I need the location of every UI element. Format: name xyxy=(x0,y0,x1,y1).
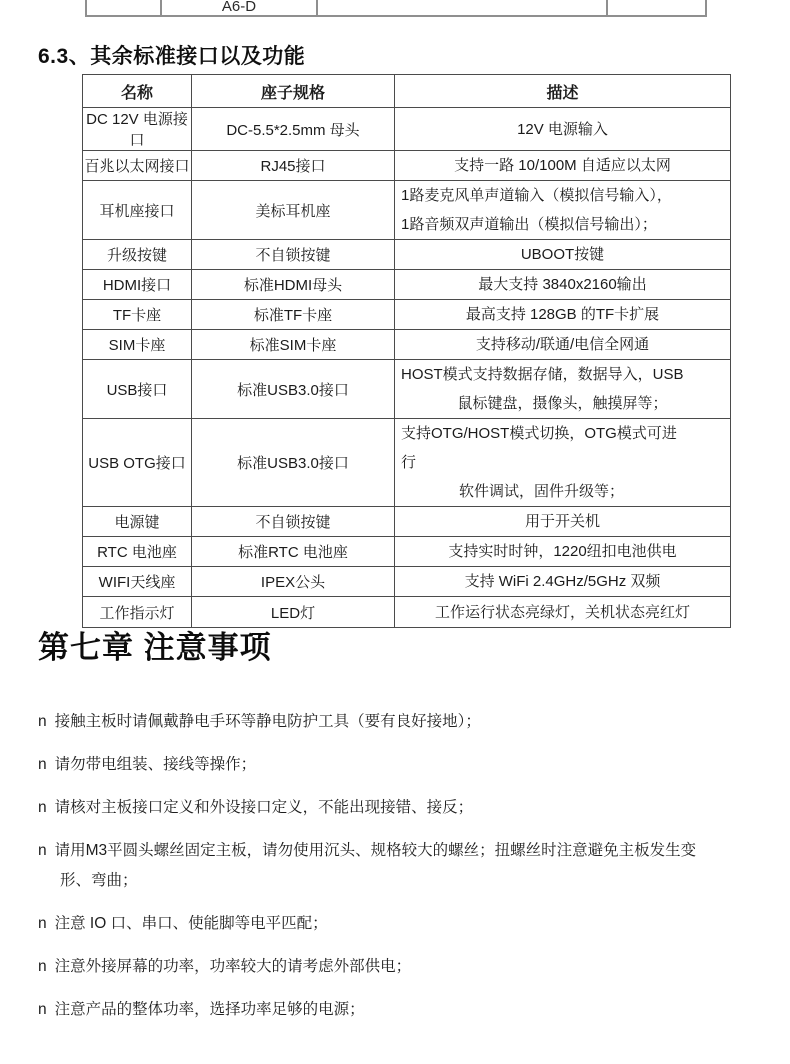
bullet-marker: n xyxy=(38,1001,47,1018)
interface-name-cell: 升级按键 xyxy=(83,240,192,270)
interface-name-cell: 电源键 xyxy=(83,507,192,537)
description-cell: 支持实时时钟，1220纽扣电池供电 xyxy=(395,537,731,567)
socket-spec-cell: 不自锁按键 xyxy=(192,507,395,537)
socket-spec-cell: DC-5.5*2.5mm 母头 xyxy=(192,108,395,151)
bullet-marker: n xyxy=(38,915,47,932)
socket-spec-cell: 标准USB3.0接口 xyxy=(192,419,395,507)
socket-spec-cell: 标准RTC 电池座 xyxy=(192,537,395,567)
fragment-table-cell xyxy=(318,0,608,15)
description-cell: 最大支持 3840x2160输出 xyxy=(395,270,731,300)
chapter-title: 第七章 注意事项 xyxy=(38,622,272,667)
description-line: 支持移动/联通/电信全网通 xyxy=(395,330,730,359)
socket-spec-cell: 标准HDMI母头 xyxy=(192,270,395,300)
description-line: 1路麦克风单声道输入（模拟信号输入）， xyxy=(395,181,730,210)
table-row: SIM卡座标准SIM卡座支持移动/联通/电信全网通 xyxy=(83,330,731,360)
fragment-table-cell xyxy=(608,0,707,15)
document-page: A6-D 6.3、其余标准接口以及功能 名称座子规格描述 DC 12V 电源接口… xyxy=(0,0,790,1064)
note-item: n请核对主板接口定义和外设接口定义，不能出现接错、接反； xyxy=(38,798,778,818)
description-line: 工作运行状态亮绿灯，关机状态亮红灯 xyxy=(395,598,730,627)
interface-name-cell: USB OTG接口 xyxy=(83,419,192,507)
table-row: DC 12V 电源接口DC-5.5*2.5mm 母头12V 电源输入 xyxy=(83,108,731,151)
table-row: 百兆以太网接口RJ45接口支持一路 10/100M 自适应以太网 xyxy=(83,151,731,181)
note-item: n接触主板时请佩戴静电手环等静电防护工具（要有良好接地）； xyxy=(38,712,778,732)
column-header: 座子规格 xyxy=(192,75,395,108)
description-line: 12V 电源输入 xyxy=(395,115,730,144)
socket-spec-cell: 标准TF卡座 xyxy=(192,300,395,330)
fragment-table-cell: A6-D xyxy=(162,0,318,15)
column-header: 描述 xyxy=(395,75,731,108)
socket-spec-cell: RJ45接口 xyxy=(192,151,395,181)
note-text: 注意外接屏幕的功率，功率较大的请考虑外部供电； xyxy=(55,958,412,975)
note-line: n请用M3平圆头螺丝固定主板，请勿使用沉头、规格较大的螺丝；扭螺丝时注意避免主板… xyxy=(38,841,778,861)
note-line: n接触主板时请佩戴静电手环等静电防护工具（要有良好接地）； xyxy=(38,712,778,732)
socket-spec-cell: 不自锁按键 xyxy=(192,240,395,270)
interface-name-cell: TF卡座 xyxy=(83,300,192,330)
bullet-marker: n xyxy=(38,713,47,730)
description-cell: 支持 WiFi 2.4GHz/5GHz 双频 xyxy=(395,567,731,597)
description-cell: 支持移动/联通/电信全网通 xyxy=(395,330,731,360)
description-line: 支持实时时钟，1220纽扣电池供电 xyxy=(395,537,730,566)
description-cell: 工作运行状态亮绿灯，关机状态亮红灯 xyxy=(395,597,731,628)
bullet-marker: n xyxy=(38,756,47,773)
description-cell: 12V 电源输入 xyxy=(395,108,731,151)
bullet-marker: n xyxy=(38,842,47,859)
bullet-marker: n xyxy=(38,958,47,975)
previous-table-fragment-row: A6-D xyxy=(85,0,707,17)
table-row: 电源键不自锁按键用于开关机 xyxy=(83,507,731,537)
precaution-notes-list: n接触主板时请佩戴静电手环等静电防护工具（要有良好接地）；n请勿带电组装、接线等… xyxy=(38,712,778,1043)
note-item: n注意外接屏幕的功率，功率较大的请考虑外部供电； xyxy=(38,957,778,977)
socket-spec-cell: 美标耳机座 xyxy=(192,181,395,240)
interface-name-cell: RTC 电池座 xyxy=(83,537,192,567)
note-text: 接触主板时请佩戴静电手环等静电防护工具（要有良好接地）； xyxy=(55,713,481,730)
table-row: WIFI天线座IPEX公头支持 WiFi 2.4GHz/5GHz 双频 xyxy=(83,567,731,597)
table-row: RTC 电池座标准RTC 电池座支持实时时钟，1220纽扣电池供电 xyxy=(83,537,731,567)
description-line: 行 xyxy=(395,448,730,477)
table-row: 耳机座接口美标耳机座1路麦克风单声道输入（模拟信号输入），1路音频双声道输出（模… xyxy=(83,181,731,240)
bullet-marker: n xyxy=(38,799,47,816)
description-cell: HOST模式支持数据存储，数据导入，USB鼠标键盘，摄像头，触摸屏等； xyxy=(395,360,731,419)
description-line: 用于开关机 xyxy=(395,507,730,536)
description-cell: 支持OTG/HOST模式切换，OTG模式可进行软件调试，固件升级等； xyxy=(395,419,731,507)
table-row: USB OTG接口标准USB3.0接口支持OTG/HOST模式切换，OTG模式可… xyxy=(83,419,731,507)
description-cell: 支持一路 10/100M 自适应以太网 xyxy=(395,151,731,181)
note-line: n注意产品的整体功率，选择功率足够的电源； xyxy=(38,1000,778,1020)
socket-spec-cell: IPEX公头 xyxy=(192,567,395,597)
standard-interfaces-table: 名称座子规格描述 DC 12V 电源接口DC-5.5*2.5mm 母头12V 电… xyxy=(82,74,731,628)
note-text: 注意 IO 口、串口、使能脚等电平匹配； xyxy=(55,915,328,932)
note-line: n注意外接屏幕的功率，功率较大的请考虑外部供电； xyxy=(38,957,778,977)
socket-spec-cell: 标准SIM卡座 xyxy=(192,330,395,360)
note-item: n请用M3平圆头螺丝固定主板，请勿使用沉头、规格较大的螺丝；扭螺丝时注意避免主板… xyxy=(38,841,778,891)
column-header: 名称 xyxy=(83,75,192,108)
interface-name-cell: HDMI接口 xyxy=(83,270,192,300)
note-line: n请勿带电组装、接线等操作； xyxy=(38,755,778,775)
description-line: 鼠标键盘，摄像头，触摸屏等； xyxy=(395,389,730,418)
description-line: 支持OTG/HOST模式切换，OTG模式可进 xyxy=(395,419,730,448)
interface-name-cell: SIM卡座 xyxy=(83,330,192,360)
fragment-cell-label: A6-D xyxy=(222,0,256,15)
note-item: n注意 IO 口、串口、使能脚等电平匹配； xyxy=(38,914,778,934)
table-row: TF卡座标准TF卡座最高支持 128GB 的TF卡扩展 xyxy=(83,300,731,330)
interface-name-cell: 百兆以太网接口 xyxy=(83,151,192,181)
note-line: n请核对主板接口定义和外设接口定义，不能出现接错、接反； xyxy=(38,798,778,818)
note-line: 形、弯曲； xyxy=(60,871,778,891)
note-line: n注意 IO 口、串口、使能脚等电平匹配； xyxy=(38,914,778,934)
section-title: 6.3、其余标准接口以及功能 xyxy=(38,40,305,70)
socket-spec-cell: 标准USB3.0接口 xyxy=(192,360,395,419)
note-item: n注意产品的整体功率，选择功率足够的电源； xyxy=(38,1000,778,1020)
note-item: n请勿带电组装、接线等操作； xyxy=(38,755,778,775)
interface-name-cell: USB接口 xyxy=(83,360,192,419)
description-line: HOST模式支持数据存储，数据导入，USB xyxy=(395,360,730,389)
description-cell: 1路麦克风单声道输入（模拟信号输入），1路音频双声道输出（模拟信号输出）； xyxy=(395,181,731,240)
note-text: 请勿带电组装、接线等操作； xyxy=(55,756,257,773)
table-header-row: 名称座子规格描述 xyxy=(83,75,731,108)
description-line: 最高支持 128GB 的TF卡扩展 xyxy=(395,300,730,329)
note-text: 请用M3平圆头螺丝固定主板，请勿使用沉头、规格较大的螺丝；扭螺丝时注意避免主板发… xyxy=(55,842,697,859)
description-line: 1路音频双声道输出（模拟信号输出）； xyxy=(395,210,730,239)
description-line: 最大支持 3840x2160输出 xyxy=(395,270,730,299)
description-cell: UBOOT按键 xyxy=(395,240,731,270)
interface-name-cell: 耳机座接口 xyxy=(83,181,192,240)
interface-name-cell: WIFI天线座 xyxy=(83,567,192,597)
note-text: 请核对主板接口定义和外设接口定义，不能出现接错、接反； xyxy=(55,799,474,816)
table-row: USB接口标准USB3.0接口HOST模式支持数据存储，数据导入，USB鼠标键盘… xyxy=(83,360,731,419)
description-line: UBOOT按键 xyxy=(395,240,730,269)
description-cell: 最高支持 128GB 的TF卡扩展 xyxy=(395,300,731,330)
description-line: 支持一路 10/100M 自适应以太网 xyxy=(395,151,730,180)
table-row: 升级按键不自锁按键UBOOT按键 xyxy=(83,240,731,270)
description-cell: 用于开关机 xyxy=(395,507,731,537)
fragment-table-cell xyxy=(85,0,162,15)
interface-name-cell: DC 12V 电源接口 xyxy=(83,108,192,151)
note-text: 形、弯曲； xyxy=(60,872,138,889)
table-row: HDMI接口标准HDMI母头最大支持 3840x2160输出 xyxy=(83,270,731,300)
description-line: 软件调试，固件升级等； xyxy=(395,477,730,506)
note-text: 注意产品的整体功率，选择功率足够的电源； xyxy=(55,1001,365,1018)
description-line: 支持 WiFi 2.4GHz/5GHz 双频 xyxy=(395,567,730,596)
